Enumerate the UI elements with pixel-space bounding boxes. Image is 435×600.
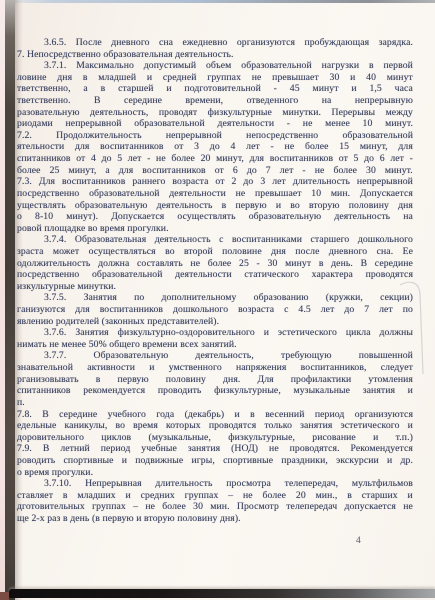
scanner-bottom-edge	[9, 589, 435, 598]
bottom-corner-patch	[0, 592, 9, 600]
pen-mark	[0, 0, 435, 600]
scanned-document-page: 3.6.5.Последневногоснаежедневноорганизую…	[0, 0, 435, 600]
